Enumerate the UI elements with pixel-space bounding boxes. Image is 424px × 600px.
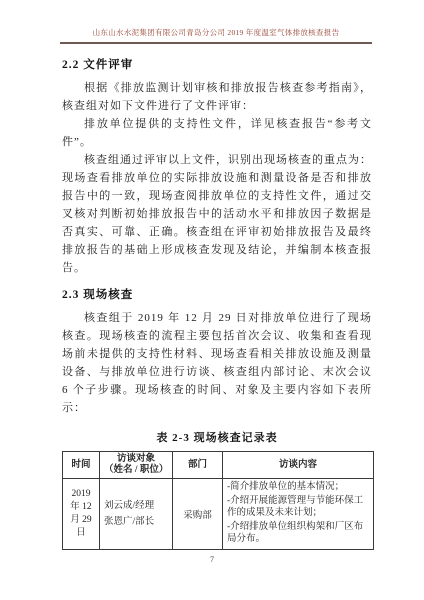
- cell-time: 2019 年 12 月 29 日: [63, 479, 100, 550]
- paragraph-2-2-review-findings: 核查组通过评审以上文件，识别出现场核查的重点为：现场查看排放单位的实际排放设施和…: [62, 151, 372, 277]
- interviewee-2: 张恩广/部长: [104, 514, 168, 530]
- col-header-department: 部门: [173, 452, 223, 479]
- page-header-title: 山东山水水泥集团有限公司青岛分公司 2019 年度温室气体排放核查报告: [60, 27, 372, 44]
- col-header-interviewee: 访谈对象 （姓名 / 职位）: [100, 452, 173, 479]
- paragraph-2-2-intro: 根据《排放监测计划审核和排放报告核查参考指南》，核查组对如下文件进行了文件评审：: [62, 79, 372, 115]
- paragraph-2-3-site-visit: 核查组于 2019 年 12 月 29 日对排放单位进行了现场核查。现场核查的流…: [62, 309, 372, 417]
- table-row: 2019 年 12 月 29 日 刘云成/经理 张恩广/部长 采购部 -简介排放…: [63, 479, 374, 550]
- interview-content-item-3: -介绍排放单位组织构架和厂区布局分布。: [227, 521, 369, 546]
- section-heading-2-3: 2.3 现场核查: [62, 286, 372, 302]
- table-header-row: 时间 访谈对象 （姓名 / 职位） 部门 访谈内容: [63, 452, 374, 479]
- col-header-time: 时间: [63, 452, 100, 479]
- paragraph-2-2-supporting-docs: 排放单位提供的支持性文件，详见核查报告“参考文件”。: [62, 115, 372, 151]
- col-header-interviewee-line1: 访谈对象: [104, 454, 168, 465]
- interview-content-item-1: -简介排放单位的基本情况；: [227, 481, 369, 494]
- section-heading-2-2: 2.2 文件评审: [62, 56, 372, 72]
- col-header-interviewee-line2: （姓名 / 职位）: [104, 465, 168, 476]
- table-title: 表 2-3 现场核查记录表: [62, 429, 372, 445]
- document-page: 山东山水水泥集团有限公司青岛分公司 2019 年度温室气体排放核查报告 2.2 …: [0, 0, 424, 600]
- interviewee-1: 刘云成/经理: [104, 498, 168, 514]
- cell-department: 采购部: [173, 479, 223, 550]
- interview-content-item-2: -介绍开展能源管理与节能环保工作的成果及未来计划；: [227, 495, 369, 520]
- cell-interviewee: 刘云成/经理 张恩广/部长: [100, 479, 173, 550]
- col-header-content: 访谈内容: [223, 452, 374, 479]
- page-number: 7: [0, 555, 424, 564]
- site-visit-record-table: 时间 访谈对象 （姓名 / 职位） 部门 访谈内容 2019 年 12 月 29…: [62, 451, 374, 550]
- cell-interview-content: -简介排放单位的基本情况； -介绍开展能源管理与节能环保工作的成果及未来计划； …: [223, 479, 374, 550]
- page-content: 2.2 文件评审 根据《排放监测计划审核和排放报告核查参考指南》，核查组对如下文…: [62, 47, 372, 550]
